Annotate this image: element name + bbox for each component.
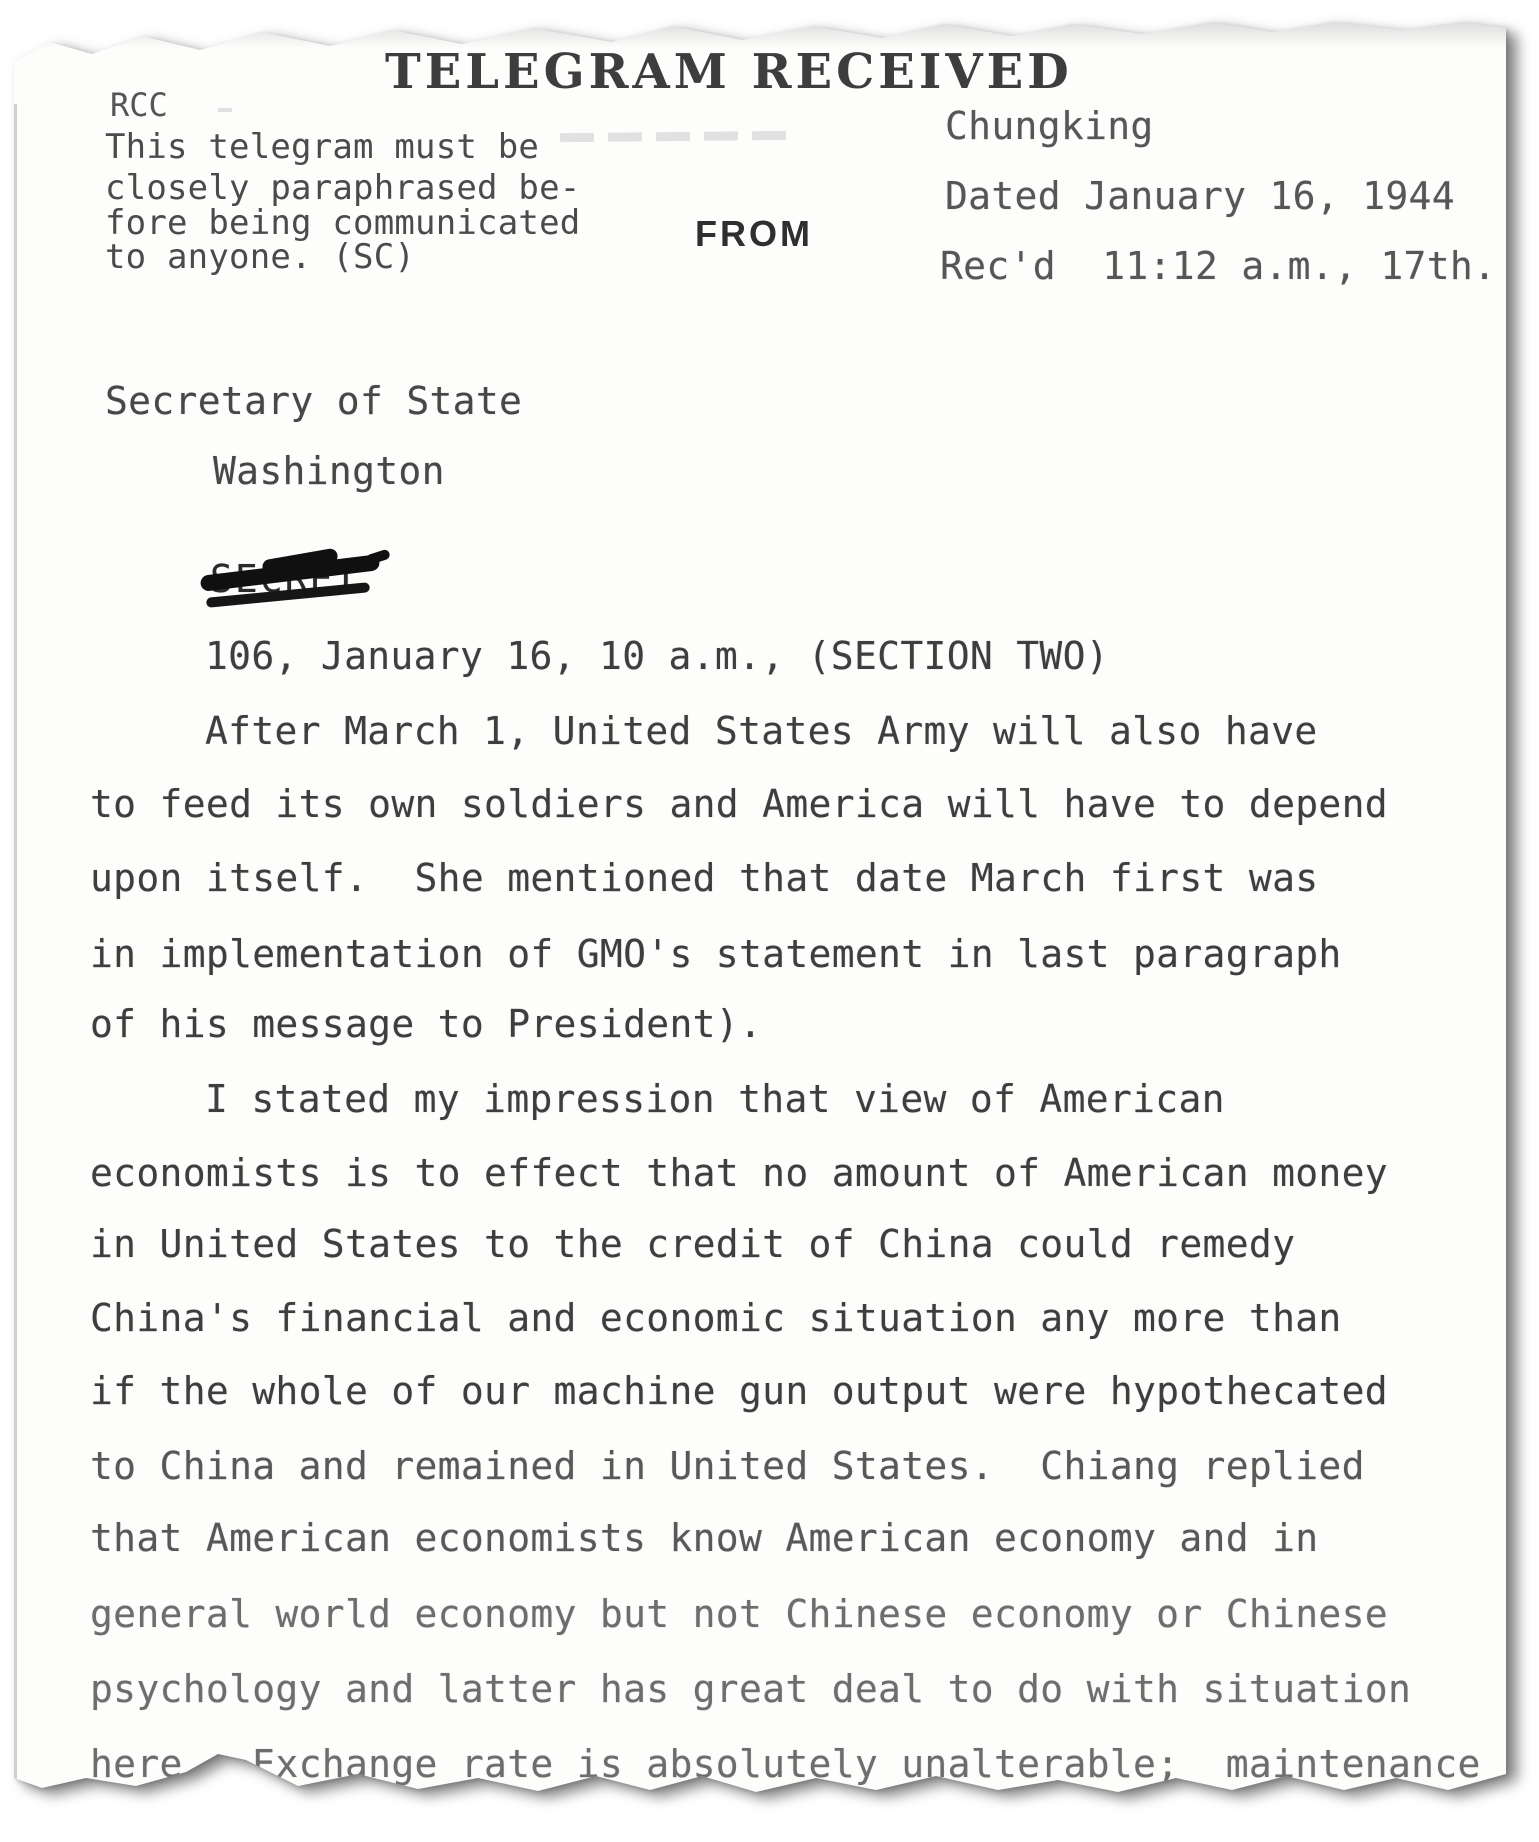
- paraphrase-note-line: to anyone. (SC): [105, 240, 415, 274]
- origin-city: Chungking: [945, 107, 1154, 145]
- message-line: China's financial and economic situation…: [90, 1299, 1342, 1337]
- paper-left-edge: [14, 104, 17, 1796]
- message-line: of his message to President).: [90, 1005, 762, 1043]
- paraphrase-note-line: This telegram must be: [105, 130, 539, 164]
- message-line: After March 1, United States Army will a…: [205, 712, 1318, 750]
- document-title: TELEGRAM RECEIVED: [385, 48, 1073, 96]
- erasure-smudge-mark: [560, 131, 798, 142]
- message-line: I stated my impression that view of Amer…: [205, 1080, 1225, 1118]
- message-line: in implementation of GMO's statement in …: [90, 935, 1342, 973]
- paraphrase-note-line: fore being communicated: [105, 206, 580, 240]
- message-line: economists is to effect that no amount o…: [90, 1154, 1388, 1192]
- telegram-document-wrapper: TELEGRAM RECEIVED RCC This telegram must…: [14, 18, 1506, 1810]
- message-line: to China and remained in United States. …: [90, 1447, 1365, 1485]
- small-smudge-mark: [218, 108, 232, 112]
- message-number-line: 106, January 16, 10 a.m., (SECTION TWO): [205, 637, 1109, 675]
- paraphrase-note-line: closely paraphrased be-: [105, 171, 580, 205]
- addressee-city: Washington: [213, 452, 445, 490]
- received-time-line: Rec'd 11:12 a.m., 17th.: [940, 247, 1496, 285]
- telegram-document: TELEGRAM RECEIVED RCC This telegram must…: [14, 18, 1506, 1810]
- message-line: upon itself. She mentioned that date Mar…: [90, 859, 1318, 897]
- message-line: in United States to the credit of China …: [90, 1225, 1295, 1263]
- message-line: if the whole of our machine gun output w…: [90, 1372, 1388, 1410]
- dateline: Dated January 16, 1944: [945, 177, 1455, 215]
- message-line: to feed its own soldiers and America wil…: [90, 785, 1388, 823]
- message-line: here. Exchange rate is absolutely unalte…: [90, 1745, 1481, 1783]
- routing-code: RCC: [110, 89, 168, 121]
- addressee-recipient: Secretary of State: [105, 382, 522, 420]
- message-line: psychology and latter has great deal to …: [90, 1670, 1411, 1708]
- message-line: general world economy but not Chinese ec…: [90, 1595, 1388, 1633]
- from-label: FROM: [695, 216, 813, 252]
- message-line: that American economists know American e…: [90, 1519, 1318, 1557]
